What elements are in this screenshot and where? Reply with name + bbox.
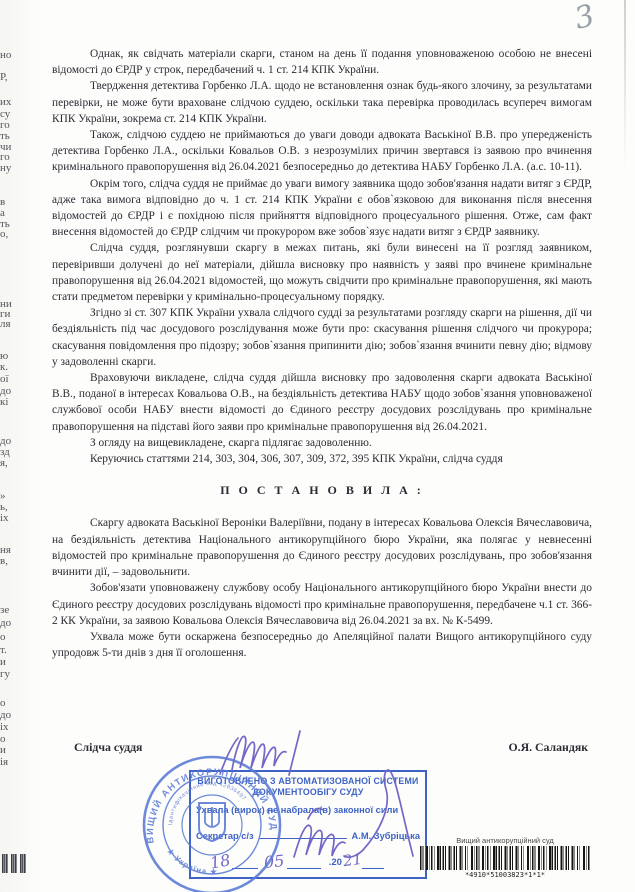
printed-year-prefix: .20 <box>329 857 342 868</box>
margin-bleed-text: ої <box>0 374 9 385</box>
margin-bleed-text: ля <box>0 319 11 330</box>
secretary-name: А.М. Зубріцька <box>352 831 420 841</box>
seal-country-text: ★ Україна ★ <box>165 846 218 876</box>
signature-row: Слідча суддя О.Я. Саландяк <box>52 740 592 755</box>
barcode-number: *4910*51003823*1*1* <box>418 871 592 879</box>
document-body: Однак, як свідчать матеріали скарги, ста… <box>52 46 592 661</box>
handwritten-year: 21 <box>342 850 363 870</box>
barcode-fragment-bar <box>20 854 26 873</box>
paragraph: Враховуючи викладене, слідча суддя дійшл… <box>52 370 592 435</box>
barcode-fragment <box>2 854 26 873</box>
judge-name: О.Я. Саландяк <box>508 740 588 755</box>
barcode-fragment-bar <box>2 854 8 873</box>
seal-outer-text: ВИЩИЙ АНТИКОРУПЦІЙНИЙ СУД <box>145 767 279 844</box>
margin-bleed-text: Р, <box>0 72 8 83</box>
paragraph: З огляду на вищевикладене, скарга підляг… <box>52 435 592 451</box>
margin-bleed-text: іх <box>0 722 9 733</box>
margin-bleed-text: я, <box>0 458 8 469</box>
date-line <box>287 858 321 869</box>
margin-bleed-text: их <box>0 97 11 108</box>
paragraph: Твердження детектива Горбенко Л.А. щодо … <box>52 78 592 127</box>
margin-bleed-text: и <box>0 657 6 668</box>
margin-bleed-text: кі <box>0 397 8 408</box>
paragraph: Згідно зі ст. 307 КПК України ухвала слі… <box>52 305 592 370</box>
court-seal: ВИЩИЙ АНТИКОРУПЦІЙНИЙ СУД ★ Україна ★ Ід… <box>139 752 285 892</box>
paragraph: Також, слідчою суддею не приймаються до … <box>52 127 592 176</box>
margin-bleed-text: зе <box>0 605 9 616</box>
margin-bleed-text: о <box>0 698 6 709</box>
paragraph: Слідча суддя, розглянувши скаргу в межах… <box>52 240 592 305</box>
margin-bleed-text: іх <box>0 513 9 524</box>
date-line <box>362 858 384 869</box>
margin-bleed-text: т. <box>0 645 7 656</box>
margin-bleed-text: до <box>0 710 11 721</box>
barcode-label: Вищий антикорупційний суд <box>418 836 592 845</box>
judge-role-label: Слідча суддя <box>74 740 142 755</box>
margin-bleed-text: гу <box>0 669 10 680</box>
resolution-heading: П О С Т А Н О В И Л А : <box>52 482 592 498</box>
margin-bleed-text: ну <box>0 163 11 174</box>
margin-bleed-text: о, <box>0 229 8 240</box>
barcode <box>420 846 590 870</box>
paragraph: Однак, як свідчать матеріали скарги, ста… <box>52 46 592 78</box>
margin-bleed-text: о <box>0 632 6 643</box>
resolution-paragraph: Скаргу адвоката Васькіної Вероніки Валер… <box>52 515 592 580</box>
paragraph: Керуючись статтями 214, 303, 304, 306, 3… <box>52 451 592 467</box>
scan-edge-shadow <box>624 0 626 170</box>
margin-bleed-text: и <box>0 745 6 756</box>
paragraph: Окрім того, слідча суддя не приймає до у… <box>52 176 592 241</box>
resolution-paragraph: Ухвала може бути оскаржена безпосередньо… <box>52 629 592 661</box>
margin-bleed-text: до <box>0 618 11 629</box>
handwritten-page-number: 3 <box>571 0 598 37</box>
margin-bleed-text: ія <box>0 757 8 768</box>
margin-bleed-text: но <box>0 50 11 61</box>
resolution-paragraph: Зобов'язати уповноважену службову особу … <box>52 580 592 629</box>
margin-bleed-text: к. <box>0 362 8 373</box>
barcode-block: Вищий антикорупційний суд *4910*51003823… <box>418 836 592 879</box>
scanned-court-decision-page: 3 ноР,ихсуготьчигонуватьо,нигиляюк.оїдок… <box>0 0 635 892</box>
barcode-fragment-bar <box>11 854 17 873</box>
margin-bleed-text: в, <box>0 556 8 567</box>
